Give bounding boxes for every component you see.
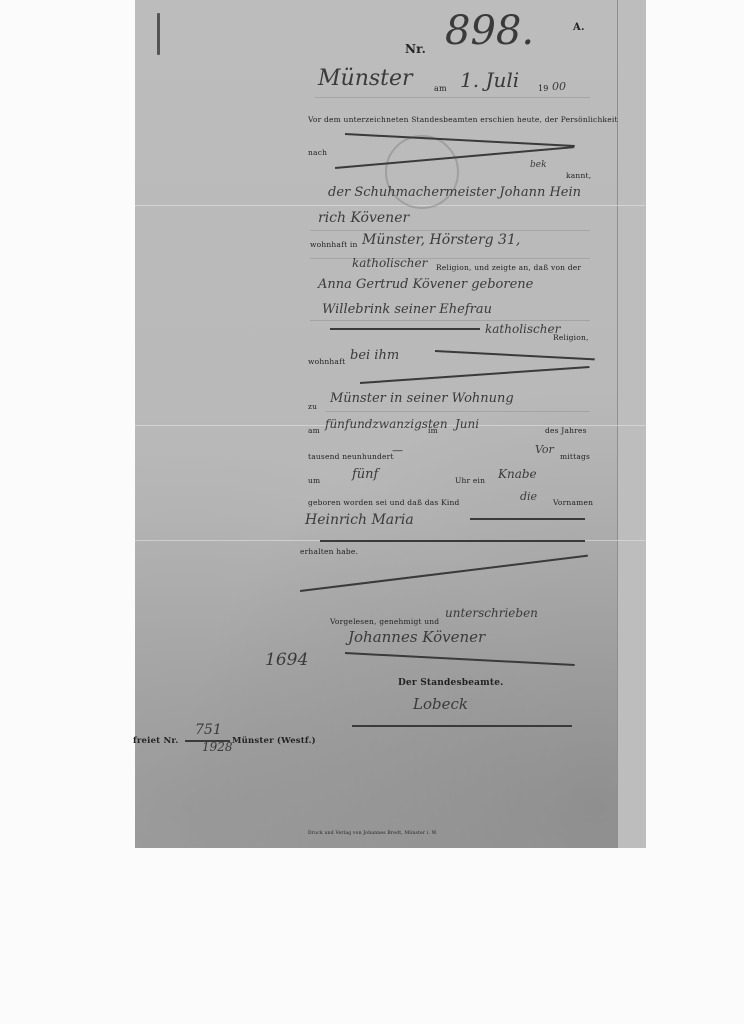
religion-hand: katholischer [352, 256, 427, 270]
mittags-label: mittags [560, 452, 590, 461]
vorgelesen-text: Vorgelesen, genehmigt und [330, 617, 439, 626]
wohnhaft-label: wohnhaft [308, 357, 345, 366]
printer-line: Druck und Verlag von Johannes Bredt, Mün… [308, 831, 437, 836]
geboren-text: geboren worden sei und daß das Kind [308, 498, 460, 507]
date-prefix: am [434, 84, 447, 93]
fold-line [135, 205, 645, 206]
date-handwritten: 1. Juli [460, 68, 519, 92]
um-label: um [308, 476, 320, 485]
birth-month-hand: Juni [455, 417, 479, 431]
register-number-hand: 751 [195, 722, 222, 738]
birthplace-hand: Münster in seiner Wohnung [330, 391, 514, 406]
informant-line2: rich Kövener [318, 210, 409, 226]
religion-label: Religion, [553, 333, 589, 342]
paper-fold-strip [617, 0, 646, 848]
number-value: 898. [445, 8, 534, 54]
nach-label: nach [308, 148, 327, 157]
register-place: Münster (Westf.) [232, 736, 316, 746]
number-label: Nr. [405, 42, 426, 56]
mother-residence-hand: bei ihm [350, 348, 399, 363]
year-words-hand: — [392, 444, 403, 457]
year-prefix: 19 [538, 84, 549, 93]
margin-number: 1694 [265, 650, 308, 670]
am-label: am [308, 426, 320, 435]
mother-line1: Anna Gertrud Kövener geborene [318, 277, 533, 292]
year-handwritten: 00 [552, 80, 566, 93]
sex-hand: Knabe [498, 467, 537, 481]
zu-label: zu [308, 402, 317, 411]
religion-text: Religion, und zeigte an, daß von der [436, 263, 581, 272]
child-name-hand: Heinrich Maria [305, 512, 414, 528]
unterschrieben-hand: unterschrieben [445, 606, 538, 620]
wohnhaft-in-label: wohnhaft in [310, 240, 358, 249]
mittags-hand: Vor [535, 443, 554, 456]
vornamen-hand: die [520, 490, 537, 503]
official-signature: Lobeck [413, 695, 468, 713]
bekannt-hand: bek [530, 160, 547, 170]
staple-mark [157, 13, 160, 55]
intro-text: Vor dem unterzeichneten Standesbeamten e… [308, 115, 618, 124]
mother-line2: Willebrink seiner Ehefrau [322, 302, 492, 317]
im-label: im [428, 426, 438, 435]
mother-religion-hand: katholischer [485, 322, 560, 336]
bekannt-text: kannt, [566, 171, 591, 180]
hour-hand: fünf [352, 467, 378, 482]
tausend-label: tausend neunhundert [308, 452, 394, 461]
form-letter: A. [573, 22, 585, 33]
informant-signature: Johannes Kövener [348, 628, 485, 646]
des-jahres-label: des Jahres [545, 426, 587, 435]
erhalten-text: erhalten habe. [300, 547, 358, 556]
official-title: Der Standesbeamte. [398, 678, 504, 688]
uhr-ein-label: Uhr ein [455, 476, 485, 485]
place-handwritten: Münster [318, 66, 413, 91]
residence-hand: Münster, Hörsterg 31, [362, 232, 520, 248]
register-sub-hand: 1928 [202, 740, 233, 754]
vornamen-label: Vornamen [553, 498, 593, 507]
register-prefix: freiet Nr. [133, 736, 179, 746]
informant-line1: der Schuhmachermeister Johann Hein [328, 185, 581, 200]
